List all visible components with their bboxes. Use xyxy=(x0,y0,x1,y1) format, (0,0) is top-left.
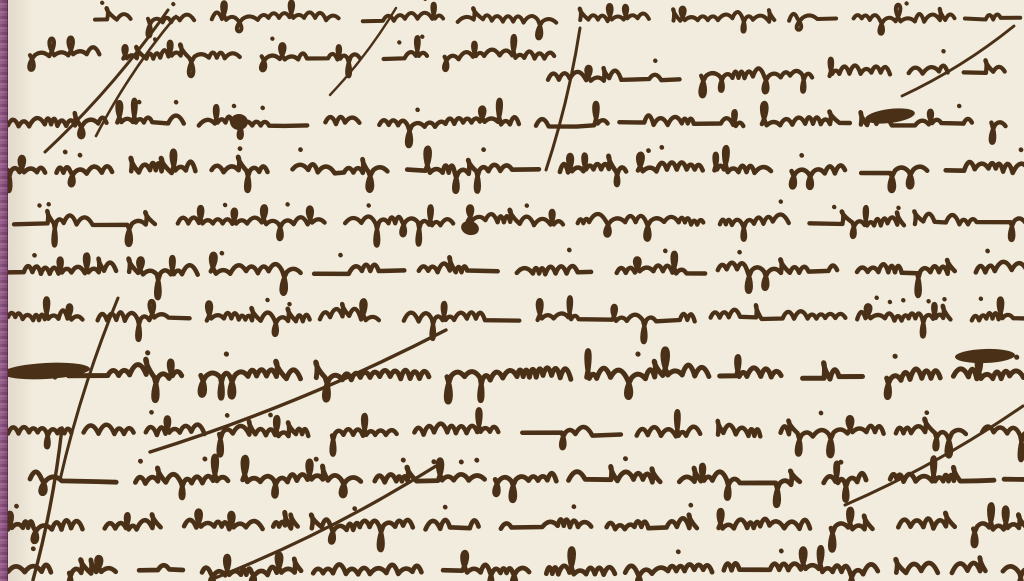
ink-blot xyxy=(955,348,1015,364)
handwriting-line xyxy=(8,547,1024,581)
handwriting-layer xyxy=(0,0,1024,581)
handwriting-line xyxy=(8,409,1024,460)
handwriting-line xyxy=(55,349,1024,402)
handwriting-line xyxy=(29,36,569,76)
ink-blot xyxy=(459,219,480,237)
handwriting-line xyxy=(95,0,1020,38)
binding-edge xyxy=(0,0,8,581)
handwriting-line xyxy=(14,202,1024,246)
pen-flourish xyxy=(33,428,62,580)
handwriting-line xyxy=(8,100,1006,146)
handwriting-line xyxy=(8,504,1024,550)
pen-flourish xyxy=(902,26,1014,96)
pen-flourish xyxy=(546,28,580,170)
ink-blot xyxy=(2,361,91,382)
manuscript-page xyxy=(0,0,1024,581)
ink-blot xyxy=(230,114,248,130)
pen-flourish xyxy=(60,298,118,480)
handwriting-line xyxy=(30,456,1024,506)
handwriting-line xyxy=(8,297,1024,342)
handwriting-line xyxy=(8,250,1024,298)
handwriting-line xyxy=(548,51,1005,96)
handwriting-line xyxy=(8,147,1024,192)
ink-blot xyxy=(864,106,915,126)
